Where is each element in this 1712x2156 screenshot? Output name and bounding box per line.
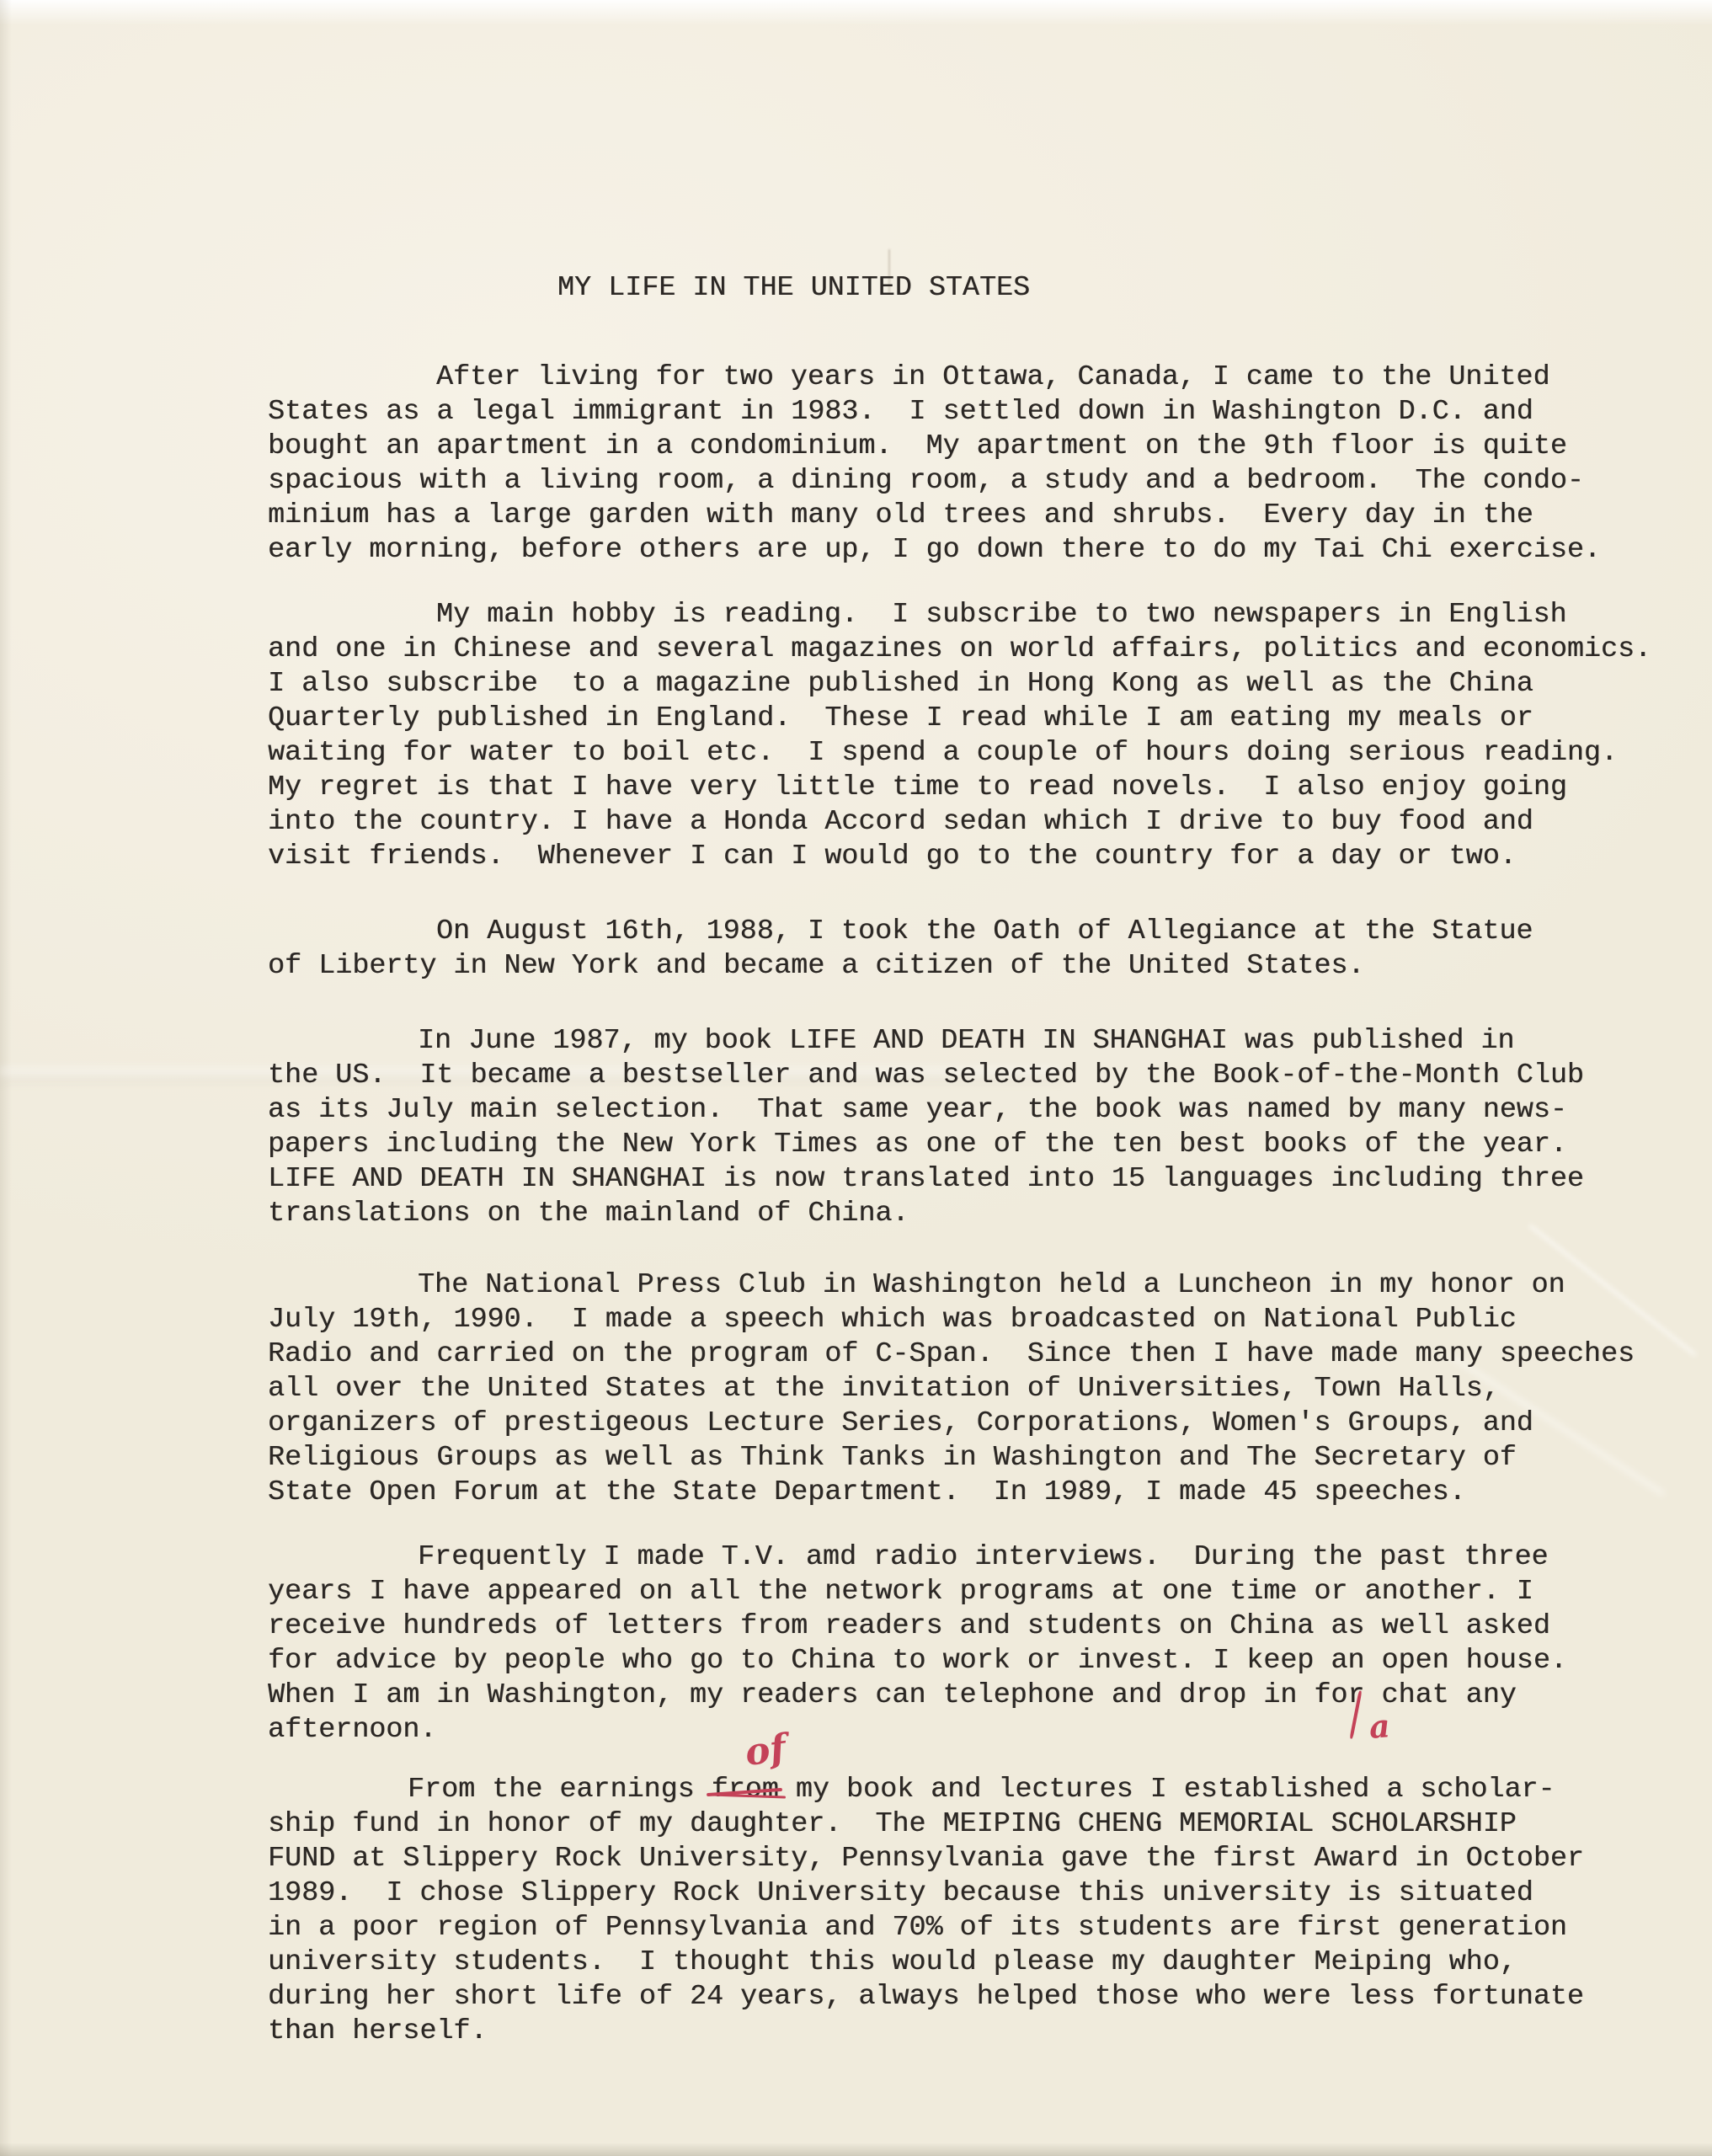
text-line: the US. It became a bestseller and was s… xyxy=(268,1059,1683,1093)
paragraph-5: The National Press Club in Washington he… xyxy=(268,1268,1683,1510)
text-line: LIFE AND DEATH IN SHANGHAI is now transl… xyxy=(268,1162,1683,1197)
text-line: and one in Chinese and several magazines… xyxy=(268,632,1683,667)
text-line: 1989. I chose Slippery Rock University b… xyxy=(268,1876,1683,1911)
text-line: waiting for water to boil etc. I spend a… xyxy=(268,736,1683,771)
text-line: bought an apartment in a condominium. My… xyxy=(268,430,1683,464)
paragraph-3: On August 16th, 1988, I took the Oath of… xyxy=(268,915,1683,984)
text-line: organizers of prestigeous Lecture Series… xyxy=(268,1406,1683,1441)
text-segment: When I am in Washington, my readers can … xyxy=(268,1679,1364,1711)
text-line: My main hobby is reading. I subscribe to… xyxy=(268,598,1683,632)
text-line: visit friends. Whenever I can I would go… xyxy=(268,840,1683,874)
paper-bottom-edge xyxy=(0,2143,1712,2156)
text-line: minium has a large garden with many old … xyxy=(268,499,1683,533)
text-line: as its July main selection. That same ye… xyxy=(268,1093,1683,1128)
paragraph-7-lines-after: ship fund in honor of my daughter. The M… xyxy=(268,1807,1683,2049)
paragraph-4: In June 1987, my book LIFE AND DEATH IN … xyxy=(268,1024,1683,1231)
text-line: States as a legal immigrant in 1983. I s… xyxy=(268,395,1683,430)
paragraph-6: Frequently I made T.V. amd radio intervi… xyxy=(268,1540,1683,1748)
text-line: Frequently I made T.V. amd radio intervi… xyxy=(268,1540,1683,1575)
text-line-with-correction: From the earnings fromof my book and lec… xyxy=(268,1773,1683,1807)
text-line-with-insertion: When I am in Washington, my readers can … xyxy=(268,1678,1683,1713)
text-line: translations on the mainland of China. xyxy=(268,1197,1683,1231)
text-line: in a poor region of Pennsylvania and 70%… xyxy=(268,1911,1683,1945)
document-title: MY LIFE IN THE UNITED STATES xyxy=(268,271,1683,306)
text-line: afternoon. xyxy=(268,1713,1683,1748)
text-line: Religious Groups as well as Think Tanks … xyxy=(268,1441,1683,1476)
text-line: of Liberty in New York and became a citi… xyxy=(268,949,1683,984)
paragraph-2: My main hobby is reading. I subscribe to… xyxy=(268,598,1683,874)
text-line: July 19th, 1990. I made a speech which w… xyxy=(268,1303,1683,1337)
paragraph-6-lines-after: afternoon. xyxy=(268,1713,1683,1748)
text-line: receive hundreds of letters from readers… xyxy=(268,1609,1683,1644)
text-line: into the country. I have a Honda Accord … xyxy=(268,805,1683,840)
text-segment: From the earnings xyxy=(408,1774,712,1806)
text-line: State Open Forum at the State Department… xyxy=(268,1476,1683,1510)
text-line: After living for two years in Ottawa, Ca… xyxy=(268,360,1683,395)
crossed-out-word: from xyxy=(712,1773,779,1807)
text-line: years I have appeared on all the network… xyxy=(268,1575,1683,1609)
text-line: I also subscribe to a magazine published… xyxy=(268,667,1683,702)
text-line: Radio and carried on the program of C-Sp… xyxy=(268,1337,1683,1372)
text-line: On August 16th, 1988, I took the Oath of… xyxy=(268,915,1683,949)
text-line: In June 1987, my book LIFE AND DEATH IN … xyxy=(268,1024,1683,1059)
correction-group: fromof xyxy=(712,1773,779,1807)
text-line: than herself. xyxy=(268,2015,1683,2049)
text-line: papers including the New York Times as o… xyxy=(268,1128,1683,1162)
text-line: My regret is that I have very little tim… xyxy=(268,771,1683,805)
handwritten-replacement-word: of xyxy=(743,1730,788,1772)
paragraph-1: After living for two years in Ottawa, Ca… xyxy=(268,360,1683,568)
scanned-document-page: MY LIFE IN THE UNITED STATES After livin… xyxy=(0,0,1712,2156)
typewritten-text-block: MY LIFE IN THE UNITED STATES After livin… xyxy=(268,0,1683,2049)
text-line: ship fund in honor of my daughter. The M… xyxy=(268,1807,1683,1842)
text-line: all over the United States at the invita… xyxy=(268,1372,1683,1406)
text-line: early morning, before others are up, I g… xyxy=(268,533,1683,568)
text-line: spacious with a living room, a dining ro… xyxy=(268,464,1683,499)
text-line: for advice by people who go to China to … xyxy=(268,1644,1683,1678)
paragraph-7: From the earnings fromof my book and lec… xyxy=(268,1773,1683,2049)
text-line: university students. I thought this woul… xyxy=(268,1945,1683,1980)
paragraph-6-lines: Frequently I made T.V. amd radio intervi… xyxy=(268,1540,1683,1678)
text-segment: my book and lectures I established a sch… xyxy=(779,1774,1555,1806)
text-line: Quarterly published in England. These I … xyxy=(268,702,1683,736)
text-line: The National Press Club in Washington he… xyxy=(268,1268,1683,1303)
text-line: FUND at Slippery Rock University, Pennsy… xyxy=(268,1842,1683,1876)
text-line: during her short life of 24 years, alway… xyxy=(268,1980,1683,2015)
handwritten-letter-a: a xyxy=(1368,1710,1391,1743)
